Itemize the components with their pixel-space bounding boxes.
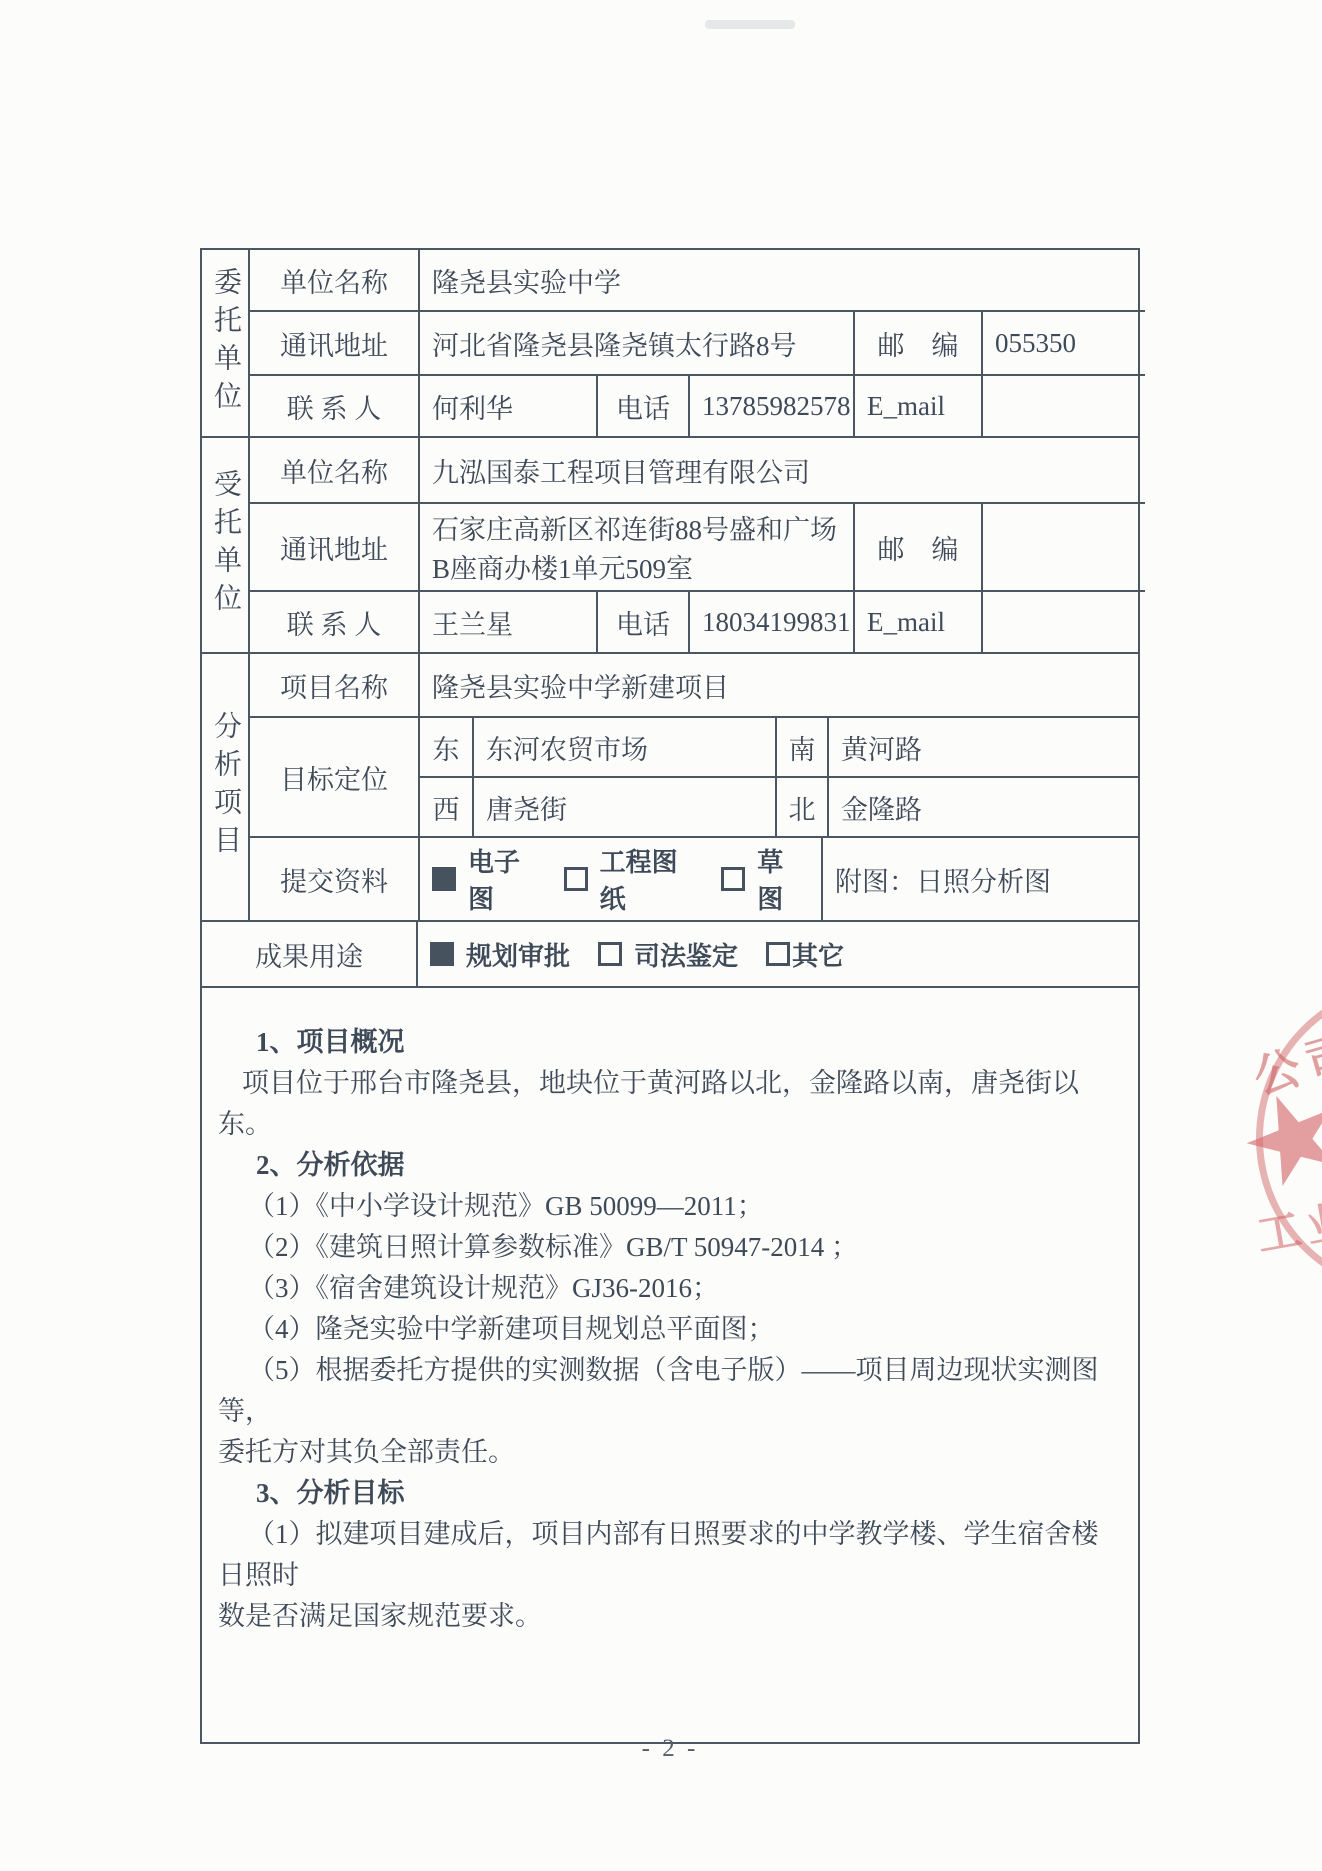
client-phone-value: 13785982578 xyxy=(688,376,853,436)
usage-option-label: 规划审批 xyxy=(466,936,570,973)
north-value: 金隆路 xyxy=(827,778,1138,836)
client-name-value: 隆尧县实验中学 xyxy=(418,250,633,310)
usage-option: 其它 xyxy=(766,936,844,973)
orientation-label: 目标定位 xyxy=(250,718,418,836)
section-heading: 1、项目概况 xyxy=(218,1022,1122,1063)
red-seal-star-icon: ★ xyxy=(1222,1062,1322,1211)
project-name-label: 项目名称 xyxy=(250,654,418,716)
orientation-rows: 目标定位 东 东河农贸市场 南 黄河路 西 唐尧街 北 金隆路 xyxy=(250,716,1138,836)
table-row: 提交资料 电子图 工程图纸 xyxy=(250,836,1138,920)
trustee-address-label: 通讯地址 xyxy=(250,504,418,590)
usage-options: 规划审批 司法鉴定 其它 xyxy=(416,922,1138,986)
trustee-email-value xyxy=(981,592,1145,652)
checkbox-empty-icon xyxy=(766,942,790,966)
usage-option: 司法鉴定 xyxy=(598,936,738,973)
north-label: 北 xyxy=(775,778,827,836)
table-row: 联 系 人 王兰星 电话 18034199831 E_mail xyxy=(250,590,1145,652)
checkbox-filled-icon xyxy=(430,942,454,966)
materials-option: 工程图纸 xyxy=(564,842,704,916)
body-continuation: 数是否满足国家规范要求。 xyxy=(218,1596,1122,1637)
client-group-label: 委托单位 xyxy=(202,250,248,436)
client-name-label: 单位名称 xyxy=(250,250,418,310)
west-value: 唐尧街 xyxy=(472,778,775,836)
client-postal-value: 055350 xyxy=(981,312,1145,374)
trustee-section: 受托单位 单位名称 九泓国泰工程项目管理有限公司 通讯地址 石家庄高新区祁连街8… xyxy=(202,436,1138,652)
trustee-email-label: E_mail xyxy=(853,592,981,652)
materials-option-label: 电子图 xyxy=(468,842,546,916)
materials-option-label: 草图 xyxy=(757,842,809,916)
body-list-item: （5）根据委托方提供的实测数据（含电子版）——项目周边现状实测图等， xyxy=(218,1350,1122,1432)
usage-row: 成果用途 规划审批 司法鉴定 其它 xyxy=(202,920,1138,986)
body-list-item: （4）隆尧实验中学新建项目规划总平面图； xyxy=(218,1309,1122,1350)
trustee-address-value: 石家庄高新区祁连街88号盛和广场B座商办楼1单元509室 xyxy=(418,504,853,590)
east-label: 东 xyxy=(420,718,472,776)
body-list-item: （1）拟建项目建成后，项目内部有日照要求的中学教学楼、学生宿舍楼日照时 xyxy=(218,1514,1122,1596)
table-row: 单位名称 隆尧县实验中学 xyxy=(250,250,1145,310)
materials-option-label: 工程图纸 xyxy=(600,842,704,916)
client-address-value: 河北省隆尧县隆尧镇太行路8号 xyxy=(418,312,853,374)
table-row: 联 系 人 何利华 电话 13785982578 E_mail xyxy=(250,374,1145,436)
client-contact-value: 何利华 xyxy=(418,376,596,436)
materials-option: 草图 xyxy=(721,842,809,916)
scanned-document-page: 委托单位 单位名称 隆尧县实验中学 通讯地址 河北省隆尧县隆尧镇太行路8号 邮 … xyxy=(0,0,1322,1871)
trustee-group-label: 受托单位 xyxy=(202,438,248,652)
checkbox-empty-icon xyxy=(564,867,588,891)
section-heading: 2、分析依据 xyxy=(218,1145,1122,1186)
usage-option-label: 司法鉴定 xyxy=(634,936,738,973)
client-contact-label: 联 系 人 xyxy=(250,376,418,436)
scan-artifact xyxy=(705,20,795,29)
table-row: 东 东河农贸市场 南 黄河路 xyxy=(420,718,1138,776)
materials-option: 电子图 xyxy=(432,842,546,916)
attachment-note: 附图：日照分析图 xyxy=(821,838,1138,920)
trustee-postal-value xyxy=(981,504,1145,590)
east-value: 东河农贸市场 xyxy=(472,718,775,776)
checkbox-filled-icon xyxy=(432,867,456,891)
project-name-value: 隆尧县实验中学新建项目 xyxy=(418,654,741,716)
body-list-item: （3）《宿舍建筑设计规范》GJ36-2016； xyxy=(218,1268,1122,1309)
body-list-item: （1）《中小学设计规范》GB 50099—2011； xyxy=(218,1186,1122,1227)
client-address-label: 通讯地址 xyxy=(250,312,418,374)
table-row: 单位名称 九泓国泰工程项目管理有限公司 xyxy=(250,438,1145,502)
usage-label: 成果用途 xyxy=(202,922,416,986)
body-list-item: （2）《建筑日照计算参数标准》GB/T 50947-2014 ； xyxy=(218,1227,1122,1268)
trustee-contact-label: 联 系 人 xyxy=(250,592,418,652)
trustee-phone-label: 电话 xyxy=(596,592,688,652)
table-row: 通讯地址 河北省隆尧县隆尧镇太行路8号 邮 编 055350 xyxy=(250,310,1145,374)
project-group-label: 分析项目 xyxy=(202,654,248,920)
client-postal-label: 邮 编 xyxy=(853,312,981,374)
trustee-postal-label: 邮 编 xyxy=(853,504,981,590)
usage-option-label: 其它 xyxy=(792,936,844,973)
client-email-label: E_mail xyxy=(853,376,981,436)
south-value: 黄河路 xyxy=(827,718,1138,776)
page-number: - 2 - xyxy=(200,1735,1140,1763)
usage-option: 规划审批 xyxy=(430,936,570,973)
trustee-contact-value: 王兰星 xyxy=(418,592,596,652)
body-paragraph: 项目位于邢台市隆尧县，地块位于黄河路以北，金隆路以南，唐尧街以东。 xyxy=(218,1063,1122,1145)
client-email-value xyxy=(981,376,1145,436)
trustee-phone-value: 18034199831 xyxy=(688,592,853,652)
trustee-name-label: 单位名称 xyxy=(250,438,418,502)
south-label: 南 xyxy=(775,718,827,776)
section-heading: 3、分析目标 xyxy=(218,1473,1122,1514)
table-row: 项目名称 隆尧县实验中学新建项目 xyxy=(250,654,1138,716)
client-section: 委托单位 单位名称 隆尧县实验中学 通讯地址 河北省隆尧县隆尧镇太行路8号 邮 … xyxy=(202,250,1138,436)
table-row: 西 唐尧街 北 金隆路 xyxy=(420,776,1138,836)
project-section: 分析项目 项目名称 隆尧县实验中学新建项目 目标定位 东 东河农贸市场 南 黄河… xyxy=(202,652,1138,920)
materials-options: 电子图 工程图纸 草图 xyxy=(418,838,821,920)
checkbox-empty-icon xyxy=(721,867,745,891)
analysis-text-section: 1、项目概况 项目位于邢台市隆尧县，地块位于黄河路以北，金隆路以南，唐尧街以东。… xyxy=(202,986,1138,1742)
trustee-name-value: 九泓国泰工程项目管理有限公司 xyxy=(418,438,822,502)
checkbox-empty-icon xyxy=(598,942,622,966)
body-continuation: 委托方对其负全部责任。 xyxy=(218,1432,1122,1473)
commission-form-table: 委托单位 单位名称 隆尧县实验中学 通讯地址 河北省隆尧县隆尧镇太行路8号 邮 … xyxy=(200,248,1140,1744)
west-label: 西 xyxy=(420,778,472,836)
materials-label: 提交资料 xyxy=(250,838,418,920)
table-row: 通讯地址 石家庄高新区祁连街88号盛和广场B座商办楼1单元509室 邮 编 xyxy=(250,502,1145,590)
client-phone-label: 电话 xyxy=(596,376,688,436)
